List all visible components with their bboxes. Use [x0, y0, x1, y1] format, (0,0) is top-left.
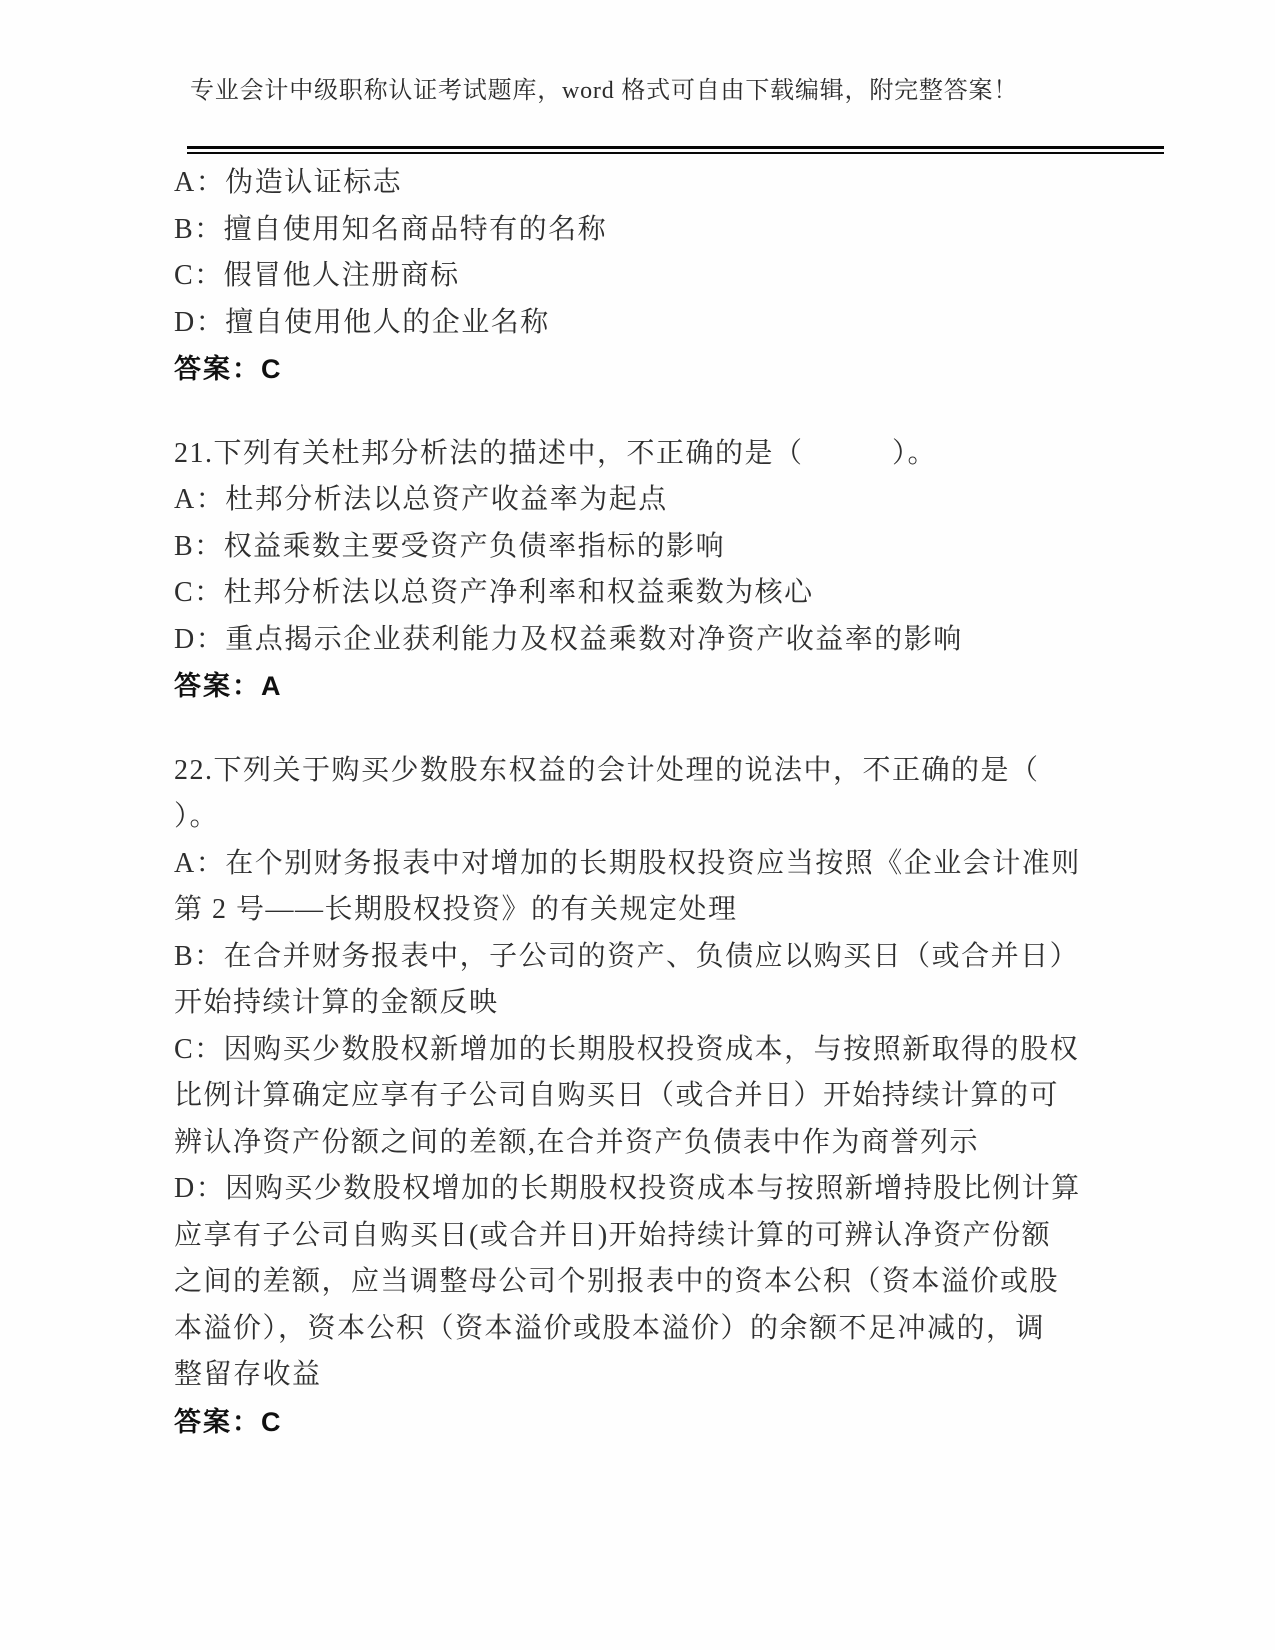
question-21-option-c: C：杜邦分析法以总资产净利率和权益乘数为核心 [174, 570, 1204, 617]
question-22-option-b-line-1: B：在合并财务报表中，子公司的资产、负债应以购买日（或合并日） [174, 934, 1204, 981]
question-22-stem-line-2: ）。 [174, 794, 1204, 841]
question-20-option-c: C：假冒他人注册商标 [174, 253, 1204, 300]
question-22-option-d-line-4: 本溢价），资本公积（资本溢价或股本溢价）的余额不足冲减的，调 [174, 1306, 1204, 1353]
question-22-option-c-line-3: 辨认净资产份额之间的差额,在合并资产负债表中作为商誉列示 [174, 1120, 1204, 1167]
question-22-block: 22.下列关于购买少数股东权益的会计处理的说法中，不正确的是（ ）。 A：在个别… [174, 748, 1204, 1446]
question-22-option-d-line-1: D：因购买少数股权增加的长期股权投资成本与按照新增持股比例计算 [174, 1166, 1204, 1213]
question-22-stem-line-1: 22.下列关于购买少数股东权益的会计处理的说法中，不正确的是（ [174, 748, 1204, 795]
question-22-option-d-line-3: 之间的差额，应当调整母公司个别报表中的资本公积（资本溢价或股 [174, 1259, 1204, 1306]
question-21-option-a: A：杜邦分析法以总资产收益率为起点 [174, 477, 1204, 524]
question-22-option-d-line-2: 应享有子公司自购买日(或合并日)开始持续计算的可辨认净资产份额 [174, 1213, 1204, 1260]
document-content: A：伪造认证标志 B：擅自使用知名商品特有的名称 C：假冒他人注册商标 D：擅自… [174, 160, 1204, 1445]
header-divider [187, 146, 1164, 154]
question-21-block: 21.下列有关杜邦分析法的描述中，不正确的是（ ）。 A：杜邦分析法以总资产收益… [174, 431, 1204, 710]
question-22-answer: 答案：C [174, 1399, 1204, 1446]
question-20-answer: 答案：C [174, 346, 1204, 393]
question-20-option-a: A：伪造认证标志 [174, 160, 1204, 207]
document-page: 专业会计中级职称认证考试题库，word 格式可自由下载编辑，附完整答案！ A：伪… [0, 0, 1275, 1650]
question-22-option-a-line-2: 第 2 号——长期股权投资》的有关规定处理 [174, 887, 1204, 934]
question-20-option-b: B：擅自使用知名商品特有的名称 [174, 207, 1204, 254]
question-21-stem: 21.下列有关杜邦分析法的描述中，不正确的是（ ）。 [174, 431, 1204, 478]
question-21-answer: 答案：A [174, 663, 1204, 710]
question-21-option-b: B：权益乘数主要受资产负债率指标的影响 [174, 524, 1204, 571]
question-22-option-c-line-2: 比例计算确定应享有子公司自购买日（或合并日）开始持续计算的可 [174, 1073, 1204, 1120]
question-22-option-d-line-5: 整留存收益 [174, 1352, 1204, 1399]
question-21-option-d: D：重点揭示企业获利能力及权益乘数对净资产收益率的影响 [174, 617, 1204, 664]
question-20-option-d: D：擅自使用他人的企业名称 [174, 300, 1204, 347]
question-20-options-block: A：伪造认证标志 B：擅自使用知名商品特有的名称 C：假冒他人注册商标 D：擅自… [174, 160, 1204, 393]
page-header: 专业会计中级职称认证考试题库，word 格式可自由下载编辑，附完整答案！ [190, 77, 1018, 105]
question-22-option-c-line-1: C：因购买少数股权新增加的长期股权投资成本，与按照新取得的股权 [174, 1027, 1204, 1074]
question-22-option-a-line-1: A：在个别财务报表中对增加的长期股权投资应当按照《企业会计准则 [174, 841, 1204, 888]
question-22-option-b-line-2: 开始持续计算的金额反映 [174, 980, 1204, 1027]
